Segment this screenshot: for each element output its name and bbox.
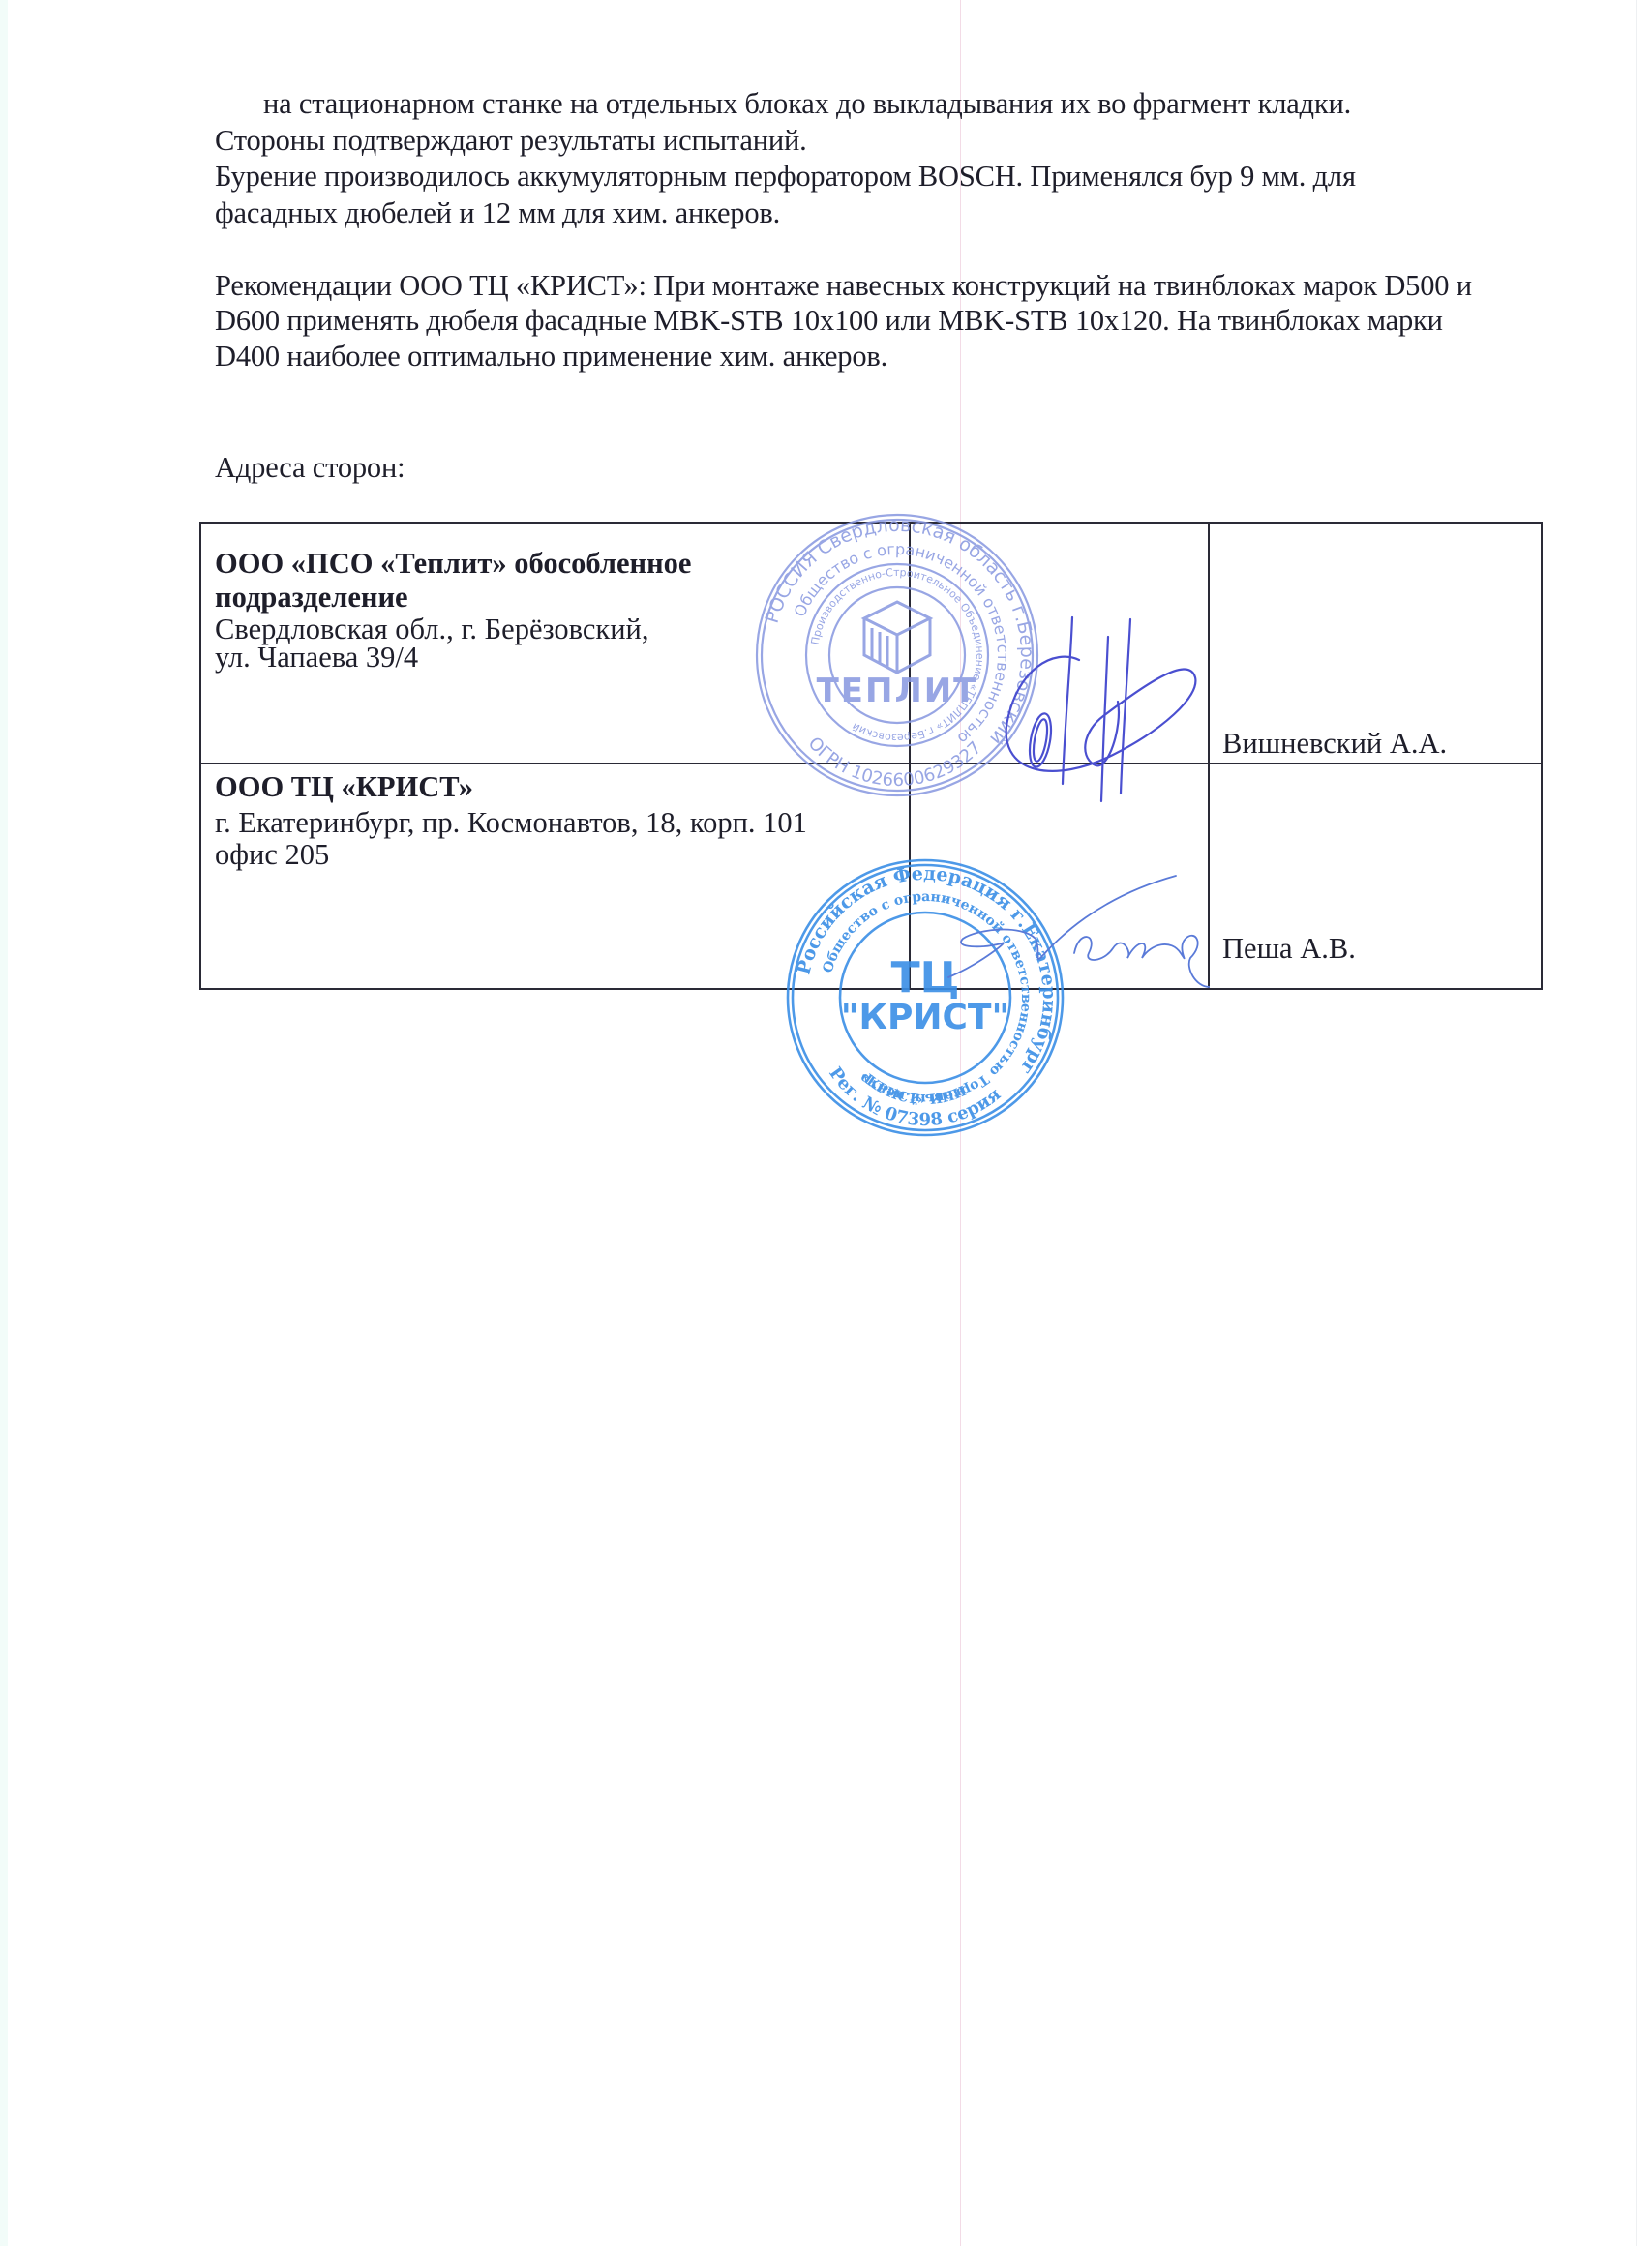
signature-vishnevsky bbox=[997, 610, 1200, 803]
signature-pesha bbox=[944, 871, 1210, 992]
recommendation-line: D600 применять дюбеля фасадные MBK-STB 1… bbox=[215, 303, 1443, 338]
paragraph-line: фасадных дюбелей и 12 мм для хим. анкеро… bbox=[215, 195, 780, 230]
paragraph-line: Стороны подтверждают результаты испытани… bbox=[215, 123, 807, 158]
party-address: ул. Чапаева 39/4 bbox=[215, 641, 418, 674]
table-border-right bbox=[1541, 522, 1543, 990]
scan-edge-line bbox=[1636, 0, 1637, 2246]
addresses-heading: Адреса сторон: bbox=[215, 450, 405, 485]
party-name: ООО ТЦ «КРИСТ» bbox=[215, 770, 473, 803]
signatory-name: Пеша А.В. bbox=[1222, 932, 1356, 965]
teplit-logo-icon bbox=[864, 602, 930, 673]
party-name: ООО «ПСО «Теплит» обособленное bbox=[215, 547, 691, 580]
svg-text:ТЕПЛИТ: ТЕПЛИТ bbox=[817, 672, 978, 710]
table-border-left bbox=[199, 522, 201, 990]
party-name: подразделение bbox=[215, 581, 408, 614]
signatory-name: Вишневский А.А. bbox=[1222, 727, 1447, 760]
recommendation-line: D400 наиболее оптимально применение хим.… bbox=[215, 339, 887, 374]
party-address: офис 205 bbox=[215, 838, 329, 871]
party-address: г. Екатеринбург, пр. Космонавтов, 18, ко… bbox=[215, 806, 807, 839]
recommendation-line: Рекомендации ООО ТЦ «КРИСТ»: При монтаже… bbox=[215, 268, 1472, 303]
paragraph-line: на стационарном станке на отдельных блок… bbox=[263, 86, 1351, 121]
paragraph-line: Бурение производилось аккумуляторным пер… bbox=[215, 159, 1356, 194]
svg-text:"КРИСТ": "КРИСТ" bbox=[841, 998, 1009, 1037]
